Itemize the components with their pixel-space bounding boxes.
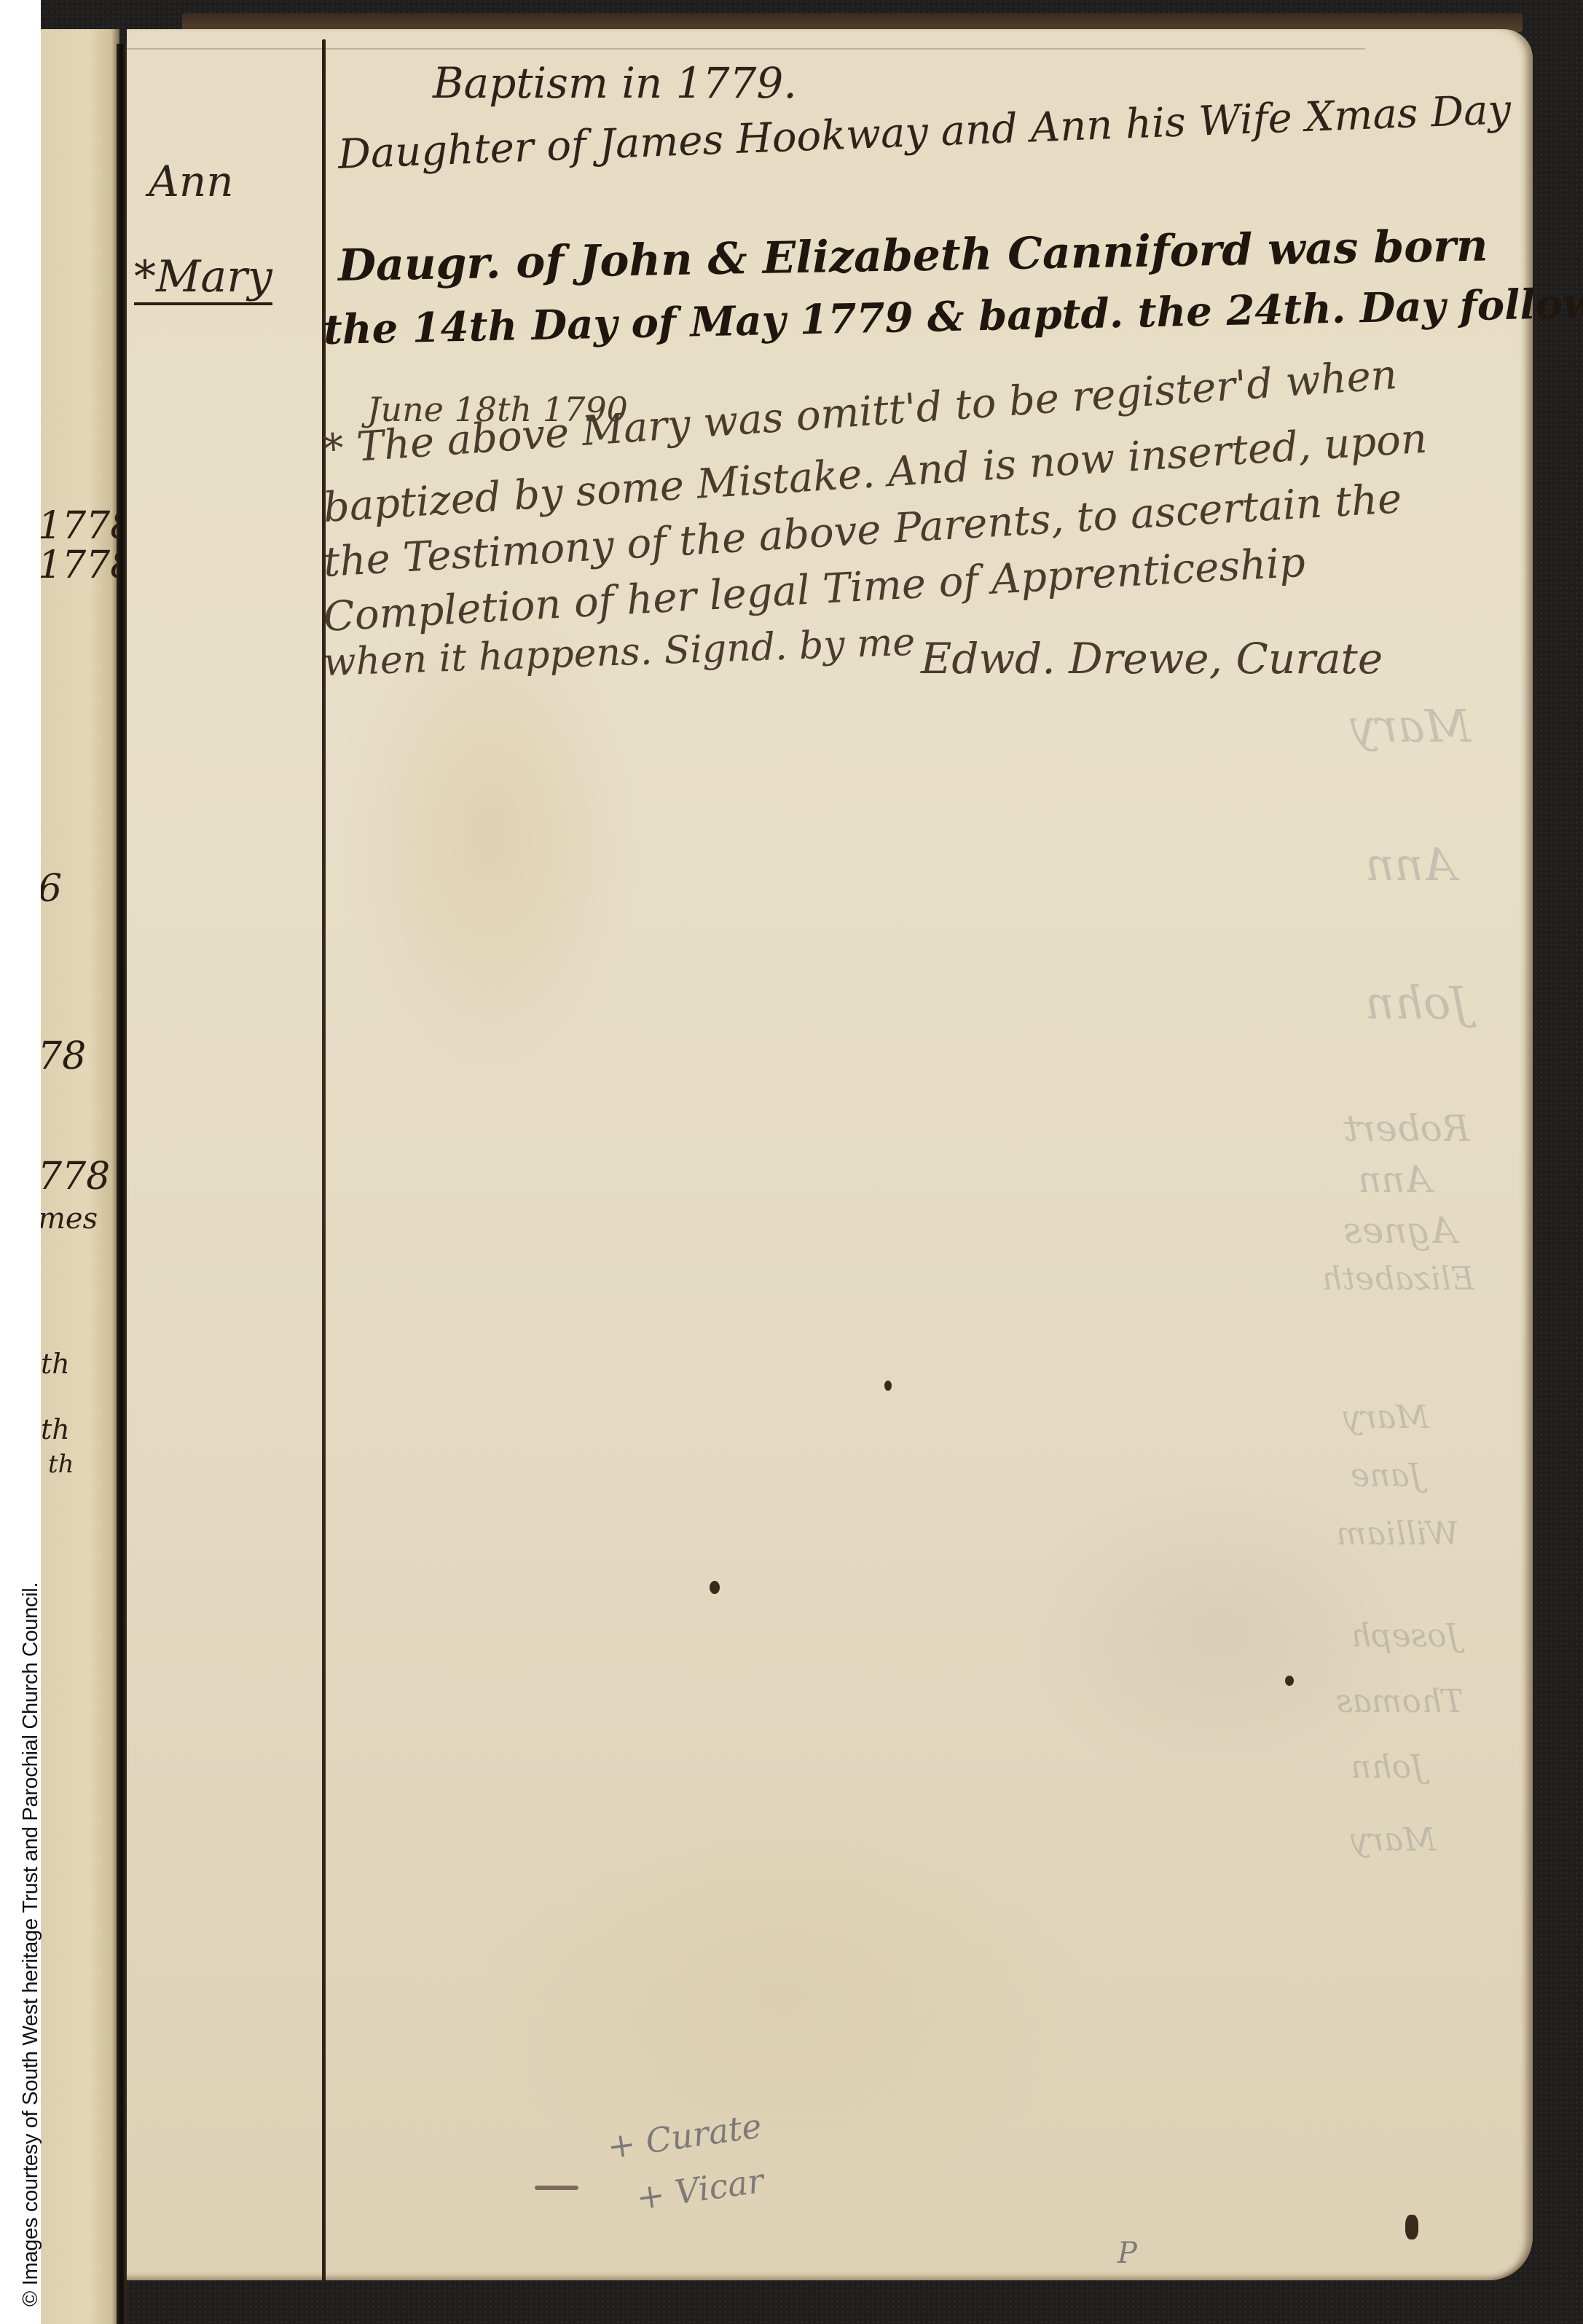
credit-strip: © Images courtesy of South West heritage…	[0, 0, 41, 2324]
bleed-through-text: Jane	[1351, 1457, 1422, 1494]
ink-spot	[535, 2186, 578, 2190]
bleed-through-text: John	[1365, 976, 1469, 1029]
bleed-through-text: Elizabeth	[1321, 1260, 1474, 1298]
book-gutter	[117, 44, 127, 2324]
bleed-through-text: Ann	[1365, 838, 1456, 891]
left-page-fragment: 6	[38, 867, 62, 911]
bleed-through-text: John	[1351, 1748, 1424, 1786]
top-rule	[127, 48, 1365, 50]
entry-name-mary: *Mary	[134, 251, 272, 302]
left-page-fragment: th	[41, 1413, 70, 1445]
pencil-annotation-curate: + Curate	[605, 2106, 764, 2167]
left-page-fragment: th	[41, 1348, 70, 1380]
left-page-fragment: 778	[38, 1155, 110, 1198]
ink-spot	[1285, 1676, 1294, 1686]
left-page-fragment: 78	[38, 1035, 86, 1078]
left-page-fragment: mes	[38, 1202, 98, 1236]
page-mark: P	[1117, 2237, 1137, 2270]
bleed-through-text: William	[1336, 1515, 1459, 1552]
register-heading: Baptism in 1779.	[433, 58, 797, 108]
margin-rule	[322, 39, 326, 2283]
bleed-through-text: Mary	[1351, 1821, 1436, 1858]
ink-spot	[1405, 2215, 1418, 2239]
entry-mary-line: Daugr. of John & Elizabeth Canniford was…	[337, 220, 1488, 291]
bleed-through-text: Robert	[1343, 1107, 1469, 1150]
bleed-through-text: Joseph	[1351, 1617, 1459, 1654]
entry-name-mary-text: *Mary	[134, 251, 272, 305]
bleed-through-text: Agnes	[1343, 1209, 1457, 1252]
bleed-through-text: Mary	[1351, 699, 1471, 753]
image-credit: © Images courtesy of South West heritage…	[20, 1582, 42, 2307]
curate-signature: Edwd. Drewe, Curate	[921, 634, 1383, 683]
bleed-through-text: Ann	[1358, 1158, 1431, 1201]
left-page-fragment: th	[48, 1450, 74, 1479]
ink-spot	[710, 1581, 720, 1594]
ink-spot	[884, 1381, 892, 1391]
entry-name-ann: Ann	[149, 157, 234, 206]
entry-mary-line: the 14th Day of May 1779 & baptd. the 24…	[323, 278, 1583, 354]
pencil-annotation-vicar: + Vicar	[634, 2161, 766, 2218]
left-page: 1778 1778 6 78 778 mes th th th	[41, 29, 119, 2324]
register-page: Mary Ann John Robert Ann Agnes Elizabeth…	[127, 29, 1533, 2280]
bleed-through-text: Thomas	[1336, 1683, 1464, 1720]
bleed-through-text: Mary	[1343, 1399, 1429, 1436]
